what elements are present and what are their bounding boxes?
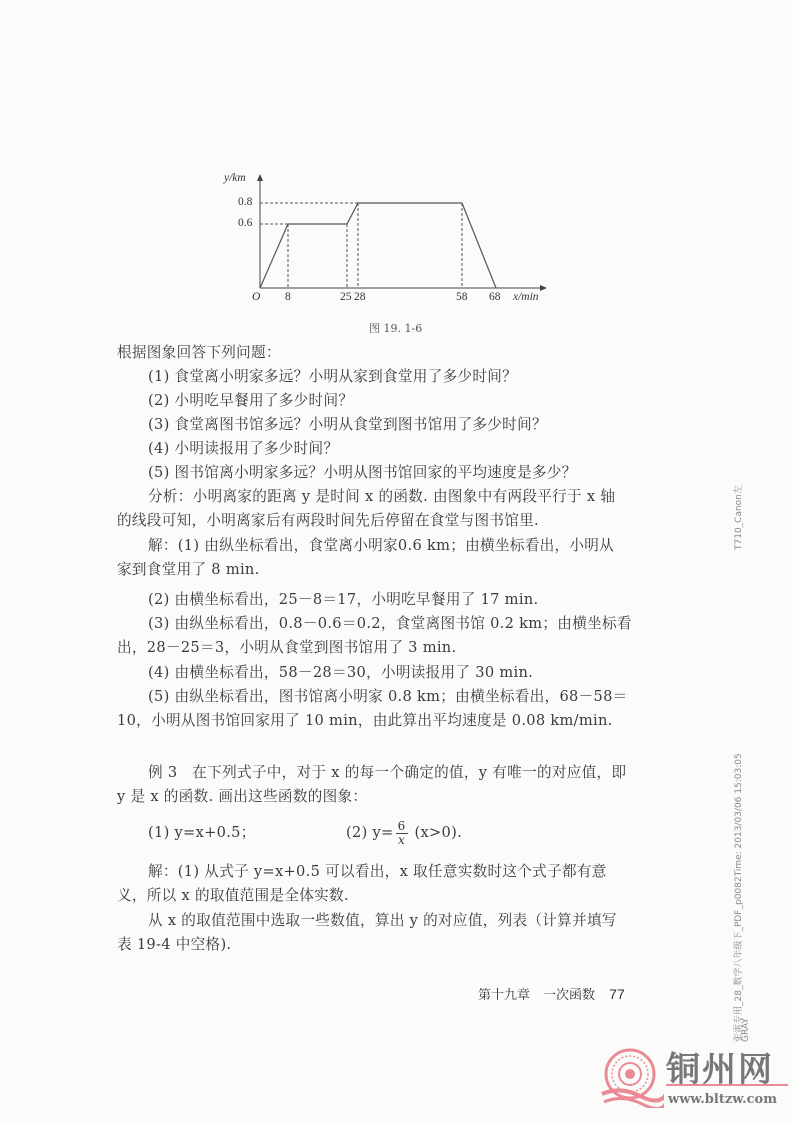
example-3-line-1: 例 3 在下列式子中，对于 x 的每一个确定的值，y 有唯一的对应值，即: [148, 763, 626, 783]
x-axis-label: x/min: [513, 291, 539, 303]
x-tick-68: 68: [489, 291, 501, 303]
fraction-numerator: 6: [396, 820, 408, 834]
question-5: (5) 图书馆离小明家多远？小明从图书馆回家的平均速度是多少？: [148, 463, 577, 483]
solution-1b: 家到食堂用了 8 min.: [117, 560, 260, 580]
solution-3b: 出，28－25＝3，小明从食堂到图书馆用了 3 min.: [117, 638, 456, 658]
example-3-solution-2b: 表 19-4 中空格).: [117, 935, 231, 955]
questions-intro: 根据图象回答下列问题：: [117, 343, 281, 363]
y-tick-0.8: 0.8: [238, 196, 252, 208]
example-3-solution-1b: 义，所以 x 的取值范围是全体实数.: [117, 886, 349, 906]
formula-1: (1) y=x+0.5；: [148, 823, 256, 843]
page-number: 77: [609, 986, 625, 1002]
y-axis-label: y/km: [224, 172, 246, 184]
solution-5b: 10，小明从图书馆回家用了 10 min，由此算出平均速度是 0.08 km/m…: [117, 711, 613, 731]
origin-label: O: [252, 291, 260, 303]
figure-caption: 图 19. 1-6: [369, 320, 422, 336]
distance-time-graph: y/km 0.8 0.6 O 8 25 28 58 68 x/min 图 19.…: [0, 0, 793, 330]
solution-3a: (3) 由纵坐标看出，0.8－0.6＝0.2，食堂离图书馆 0.2 km；由横坐…: [148, 614, 632, 634]
x-tick-25: 25: [340, 291, 352, 303]
scanner-mark: T710_Canon左: [731, 485, 744, 550]
question-3: (3) 食堂离图书馆多远？小明从食堂到图书馆用了多少时间？: [148, 415, 547, 435]
x-tick-28: 28: [354, 291, 366, 303]
question-2: (2) 小明吃早餐用了多少时间？: [148, 391, 353, 411]
file-info-mark: 张雷专用_28_数学八年级下_PDF_p0082Time: 2013/03/06…: [731, 753, 744, 1042]
watermark: 铜州网 www.bltzw.com: [600, 1040, 793, 1122]
question-4: (4) 小明读报用了多少时间？: [148, 439, 338, 459]
analysis-line-1: 分析：小明离家的距离 y 是时间 x 的函数. 由图象中有两段平行于 x 轴: [148, 487, 615, 507]
watermark-logo-icon: [600, 1046, 664, 1108]
watermark-url: www.bltzw.com: [668, 1092, 777, 1107]
y-tick-0.6: 0.6: [238, 217, 252, 229]
solution-4: (4) 由横坐标看出，58－28＝30，小明读报用了 30 min.: [148, 663, 533, 683]
example-3-solution-2a: 从 x 的取值范围中选取一些数值，算出 y 的对应值，列表（计算并填写: [148, 911, 617, 931]
page-footer: 第十九章 一次函数 77: [478, 984, 625, 1003]
solution-2: (2) 由横坐标看出，25－8＝17，小明吃早餐用了 17 min.: [148, 590, 538, 610]
analysis-line-2: 的线段可知，小明离家后有两段时间先后停留在食堂与图书馆里.: [117, 511, 539, 531]
example-3-line-2: y 是 x 的函数. 画出这些函数的图象：: [117, 787, 367, 807]
formula-2-suffix: (x>0).: [414, 824, 462, 841]
formula-2-prefix: (2) y=: [346, 824, 394, 841]
chapter-title: 第十九章 一次函数: [478, 988, 595, 1003]
question-1: (1) 食堂离小明家多远？小明从家到食堂用了多少时间？: [148, 367, 517, 387]
watermark-divider: [666, 1084, 788, 1086]
gray-mark: GRAY: [741, 1018, 751, 1042]
x-tick-58: 58: [456, 291, 468, 303]
example-3-solution-1a: 解：(1) 从式子 y=x+0.5 可以看出，x 取任意实数时这个式子都有意: [148, 862, 607, 882]
graph-lines: [0, 0, 793, 330]
solution-1a: 解：(1) 由纵坐标看出，食堂离小明家0.6 km；由横坐标看出，小明从: [148, 536, 614, 556]
fraction: 6x: [396, 820, 408, 847]
fraction-denominator: x: [396, 834, 408, 847]
x-tick-8: 8: [285, 291, 291, 303]
formula-2: (2) y=6x (x>0).: [346, 818, 462, 848]
solution-5a: (5) 由纵坐标看出，图书馆离小明家 0.8 km；由横坐标看出，68－58＝: [148, 687, 628, 707]
